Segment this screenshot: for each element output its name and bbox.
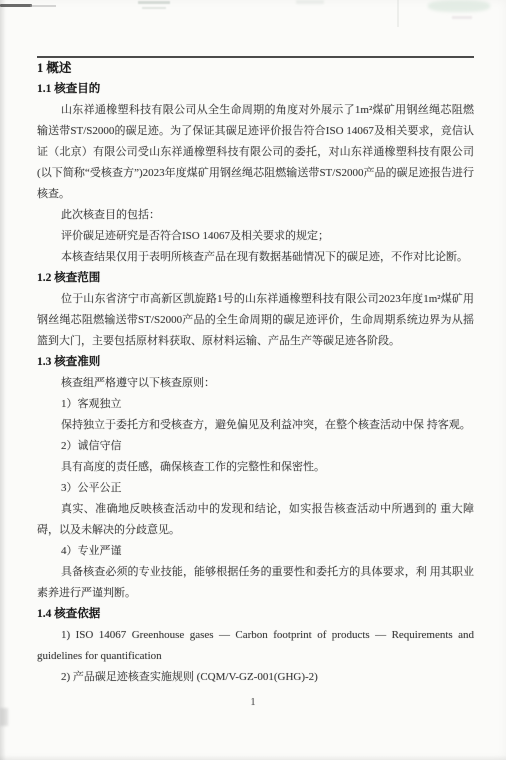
paragraph-scope: 位于山东省济宁市高新区凯旋路1号的山东祥通橡塑科技有限公司2023年度1m²煤矿… — [37, 289, 474, 352]
criteria-item-2-desc: 具有高度的责任感，确保核查工作的完整性和保密性。 — [37, 457, 474, 478]
scan-artifact — [452, 16, 472, 19]
scan-artifact — [142, 7, 166, 9]
scan-artifact — [397, 0, 399, 27]
basis-item-2: 2) 产品碳足迹核查实施规则 (CQM/V-GZ-001(GHG)-2) — [37, 667, 474, 688]
scan-edge-shadow — [0, 0, 6, 760]
scan-artifact — [428, 0, 490, 12]
paragraph-purpose-intro: 此次核查目的包括： — [37, 205, 474, 226]
criteria-item-4-desc: 具备核查必须的专业技能，能够根据任务的重要性和委托方的具体要求，利 用其职业素养… — [37, 562, 474, 604]
page-number: 1 — [0, 696, 506, 710]
basis-item-1: 1) ISO 14067 Greenhouse gases — Carbon f… — [37, 625, 474, 667]
heading-verification-basis: 1.4 核查依据 — [37, 604, 474, 625]
paragraph-purpose-item-2: 本核查结果仅用于表明所核查产品在现有数据基础情况下的碳足迹，不作对比论断。 — [37, 247, 474, 268]
criteria-item-1-title: 1）客观独立 — [37, 394, 474, 415]
scanned-document-page: 1 概述 1.1 核查目的 山东祥通橡塑科技有限公司从全生命周期的角度对外展示了… — [0, 0, 506, 760]
paragraph-purpose-main: 山东祥通橡塑科技有限公司从全生命周期的角度对外展示了1m²煤矿用钢丝绳芯阻燃输送… — [37, 100, 474, 205]
heading-overview: 1 概述 — [37, 58, 474, 79]
heading-verification-scope: 1.2 核查范围 — [37, 268, 474, 289]
scan-artifact — [0, 4, 32, 7]
scan-artifact — [30, 5, 56, 7]
scan-edge-shadow — [0, 755, 506, 760]
criteria-item-1-desc: 保持独立于委托方和受核查方，避免偏见及利益冲突，在整个核查活动中保 持客观。 — [37, 415, 474, 436]
paragraph-criteria-intro: 核查组严格遵守以下核查原则： — [37, 373, 474, 394]
criteria-item-4-title: 4）专业严谨 — [37, 541, 474, 562]
scan-artifact — [138, 1, 170, 4]
scan-artifact — [0, 708, 8, 726]
paragraph-purpose-item-1: 评价碳足迹研究是否符合ISO 14067及相关要求的规定； — [37, 226, 474, 247]
criteria-item-2-title: 2）诚信守信 — [37, 436, 474, 457]
scan-artifact — [296, 0, 324, 4]
document-content: 1 概述 1.1 核查目的 山东祥通橡塑科技有限公司从全生命周期的角度对外展示了… — [37, 58, 474, 688]
heading-verification-criteria: 1.3 核查准则 — [37, 352, 474, 373]
criteria-item-3-title: 3）公平公正 — [37, 478, 474, 499]
heading-verification-purpose: 1.1 核查目的 — [37, 79, 474, 100]
criteria-item-3-desc: 真实、准确地反映核查活动中的发现和结论，如实报告核查活动中所遇到的 重大障碍，以… — [37, 499, 474, 541]
